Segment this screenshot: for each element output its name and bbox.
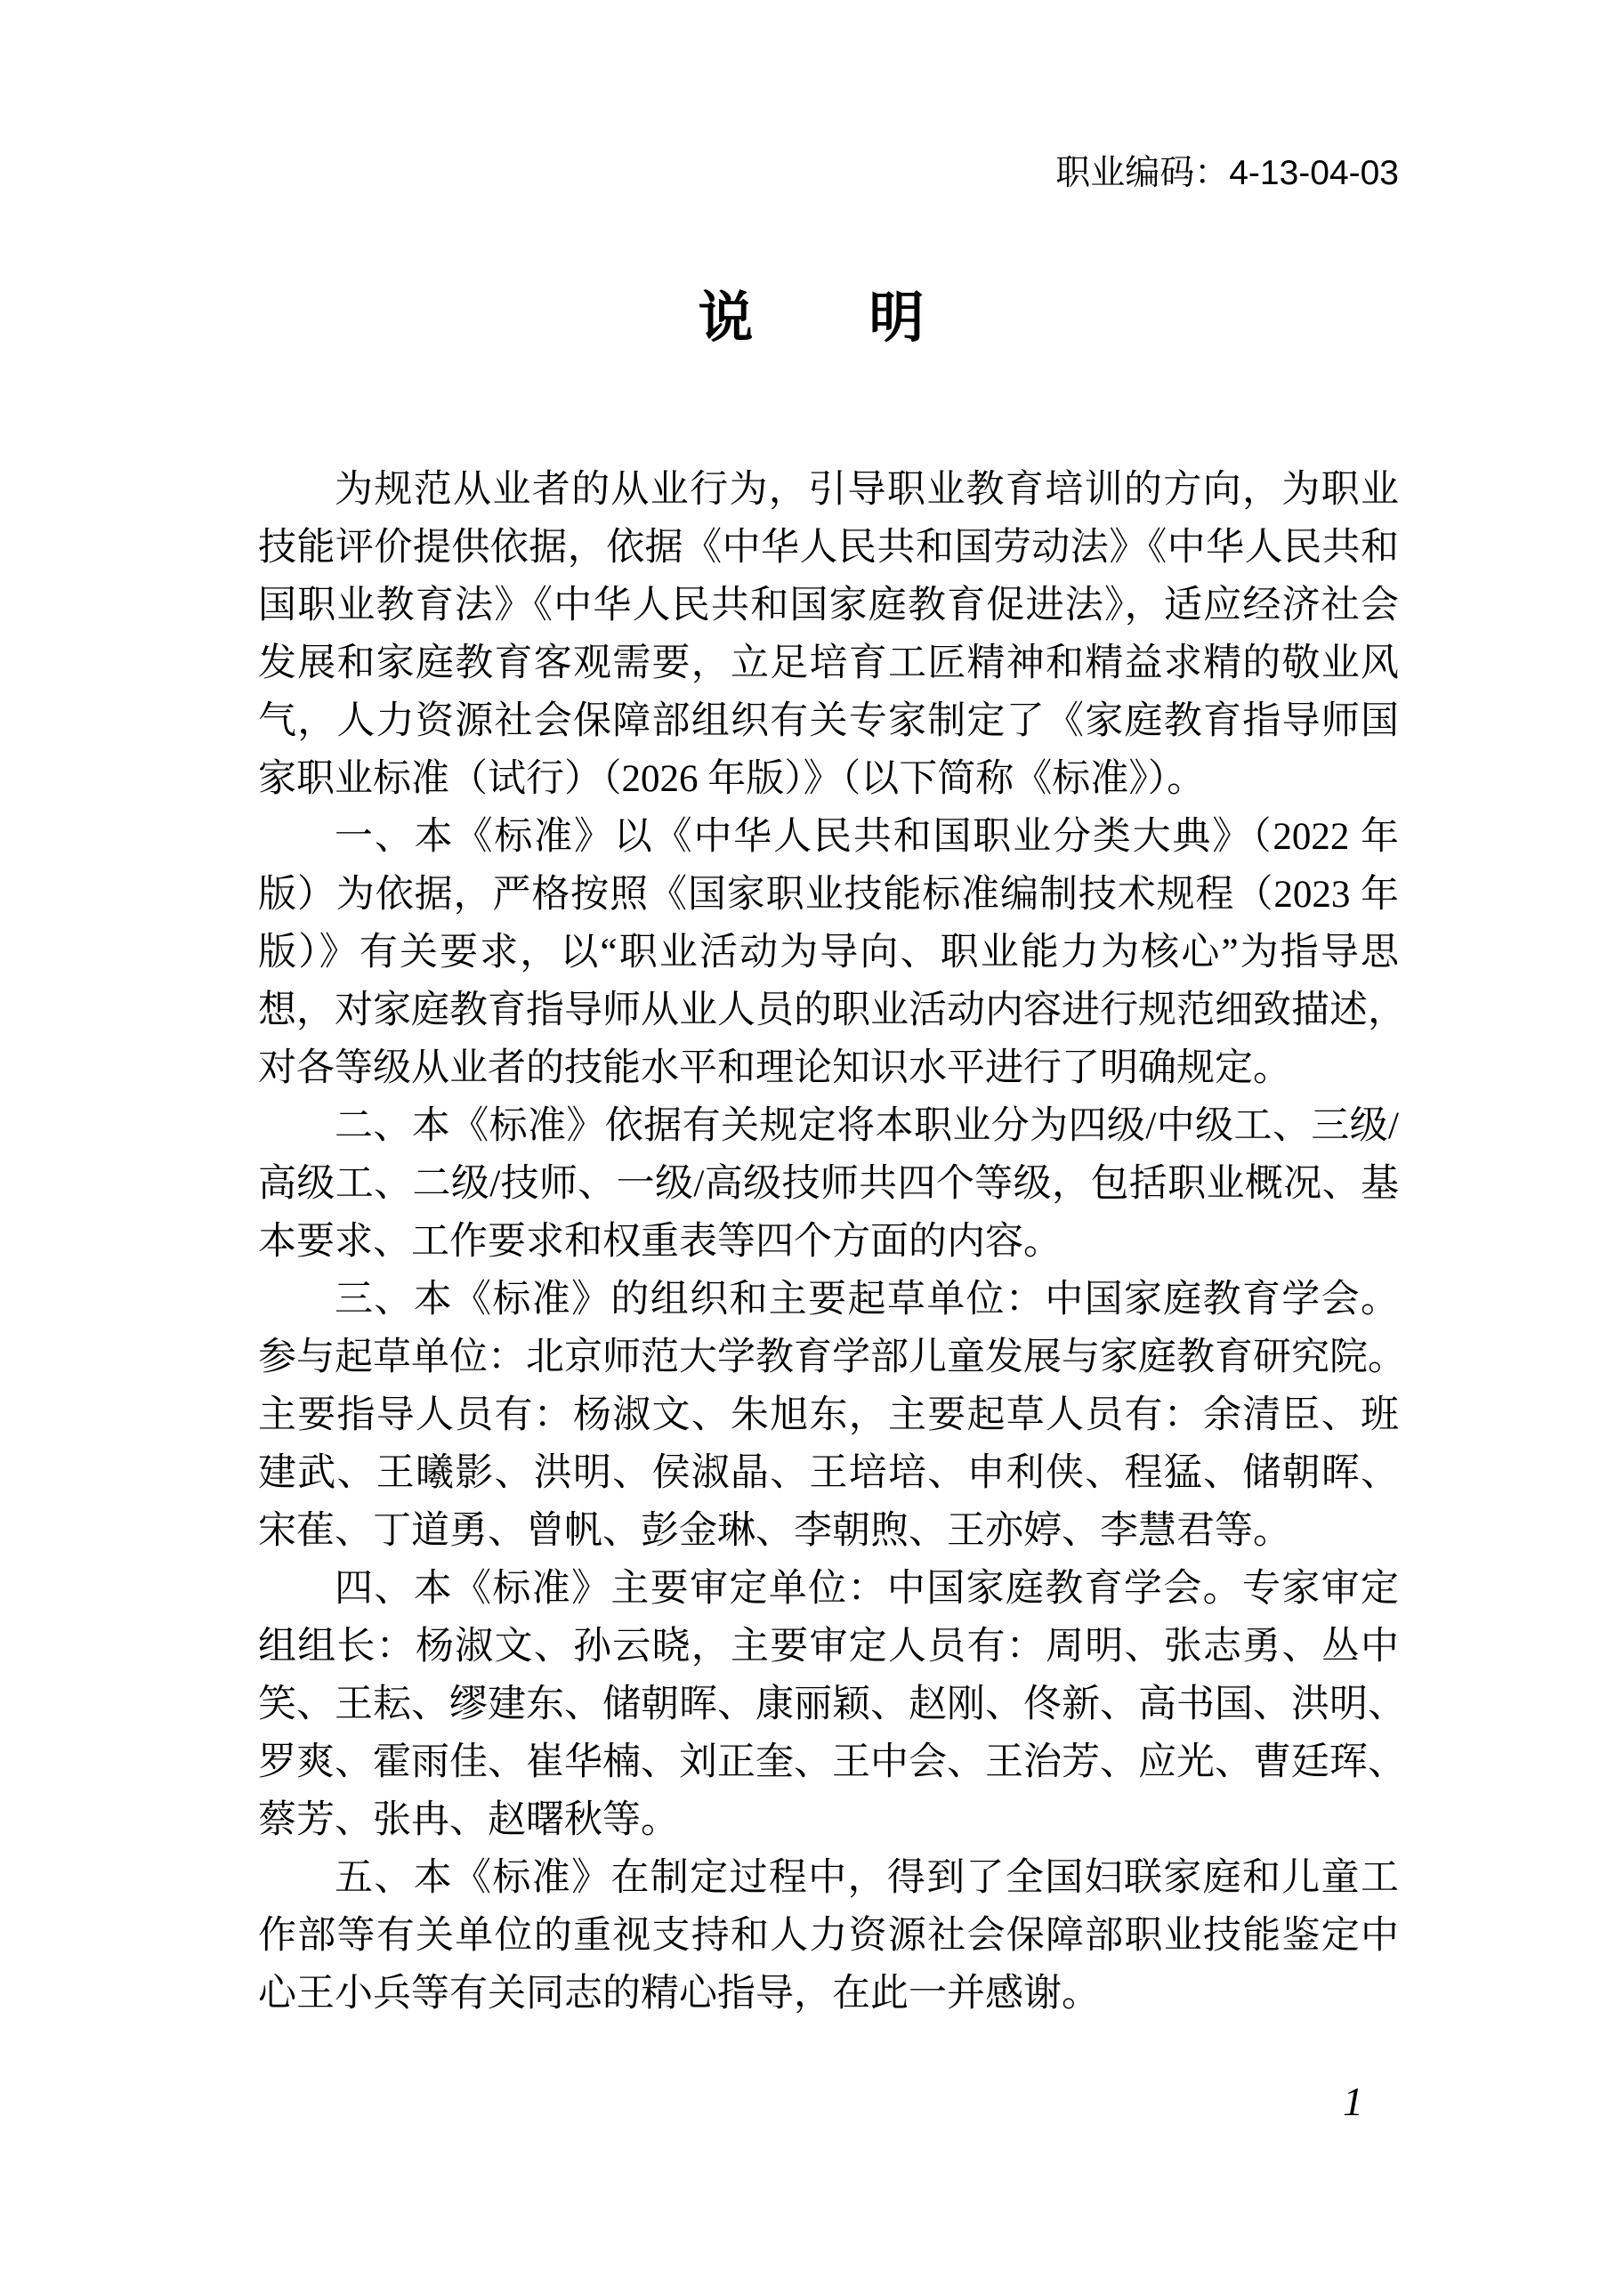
text-line: 本要求、工作要求和权重表等四个方面的内容。 — [258, 1213, 1399, 1271]
text-line: 笑、王耘、缪建东、储朝晖、康丽颖、赵刚、佟新、高书国、洪明、 — [258, 1676, 1399, 1733]
text-line: 作部等有关单位的重视支持和人力资源社会保障部职业技能鉴定中 — [258, 1907, 1399, 1965]
paragraph: 一、本《标准》以《中华人民共和国职业分类大典》（2022 年版）为依据，严格按照… — [258, 808, 1399, 1097]
text-line: 组组长：杨淑文、孙云晓，主要审定人员有：周明、张志勇、丛中 — [258, 1618, 1399, 1676]
text-line: 主要指导人员有：杨淑文、朱旭东，主要起草人员有：余清臣、班 — [258, 1386, 1399, 1444]
job-code-header: 职业编码：4-13-04-03 — [258, 153, 1399, 194]
text-line: 对各等级从业者的技能水平和理论知识水平进行了明确规定。 — [258, 1039, 1399, 1097]
text-line: 五、本《标准》在制定过程中，得到了全国妇联家庭和儿童工 — [258, 1849, 1399, 1907]
text-line: 心王小兵等有关同志的精心指导，在此一并感谢。 — [258, 1965, 1399, 2023]
text-line: 一、本《标准》以《中华人民共和国职业分类大典》（2022 年 — [258, 808, 1399, 866]
text-line: 二、本《标准》依据有关规定将本职业分为四级/中级工、三级/ — [258, 1097, 1399, 1155]
text-line: 发展和家庭教育客观需要，立足培育工匠精神和精益求精的敬业风 — [258, 634, 1399, 692]
paragraph: 二、本《标准》依据有关规定将本职业分为四级/中级工、三级/高级工、二级/技师、一… — [258, 1097, 1399, 1271]
paragraph: 四、本《标准》主要审定单位：中国家庭教育学会。专家审定组组长：杨淑文、孙云晓，主… — [258, 1560, 1399, 1849]
text-line: 国职业教育法》《中华人民共和国家庭教育促进法》，适应经济社会 — [258, 577, 1399, 634]
text-line: 蔡芳、张冉、赵曙秋等。 — [258, 1791, 1399, 1849]
text-line: 版）为依据，严格按照《国家职业技能标准编制技术规程（2023 年 — [258, 866, 1399, 924]
text-line: 参与起草单位：北京师范大学教育学部儿童发展与家庭教育研究院。 — [258, 1329, 1399, 1386]
text-line: 家职业标准（试行）（2026 年版）》（以下简称《标准》）。 — [258, 750, 1399, 808]
text-line: 为规范从业者的从业行为，引导职业教育培训的方向，为职业 — [258, 461, 1399, 519]
document-page: 职业编码：4-13-04-03 说 明 为规范从业者的从业行为，引导职业教育培训… — [0, 0, 1624, 2278]
text-line: 建武、王曦影、洪明、侯淑晶、王培培、申利侠、程猛、储朝晖、 — [258, 1444, 1399, 1502]
paragraph: 三、本《标准》的组织和主要起草单位：中国家庭教育学会。参与起草单位：北京师范大学… — [258, 1271, 1399, 1560]
text-line: 气，人力资源社会保障部组织有关专家制定了《家庭教育指导师国 — [258, 692, 1399, 750]
text-line: 罗爽、霍雨佳、崔华楠、刘正奎、王中会、王治芳、应光、曹廷珲、 — [258, 1733, 1399, 1791]
page-number: 1 — [1343, 2079, 1363, 2125]
text-line: 三、本《标准》的组织和主要起草单位：中国家庭教育学会。 — [258, 1271, 1399, 1329]
document-body: 为规范从业者的从业行为，引导职业教育培训的方向，为职业技能评价提供依据，依据《中… — [258, 461, 1399, 2023]
page-title: 说 明 — [0, 287, 1624, 351]
text-line: 技能评价提供依据，依据《中华人民共和国劳动法》《中华人民共和 — [258, 519, 1399, 577]
text-line: 高级工、二级/技师、一级/高级技师共四个等级，包括职业概况、基 — [258, 1155, 1399, 1213]
paragraph: 五、本《标准》在制定过程中，得到了全国妇联家庭和儿童工作部等有关单位的重视支持和… — [258, 1849, 1399, 2023]
text-line: 四、本《标准》主要审定单位：中国家庭教育学会。专家审定 — [258, 1560, 1399, 1618]
text-line: 版）》有关要求，以“职业活动为导向、职业能力为核心”为指导思 — [258, 924, 1399, 981]
paragraph: 为规范从业者的从业行为，引导职业教育培训的方向，为职业技能评价提供依据，依据《中… — [258, 461, 1399, 808]
text-line: 想，对家庭教育指导师从业人员的职业活动内容进行规范细致描述， — [258, 981, 1399, 1039]
text-line: 宋萑、丁道勇、曾帆、彭金琳、李朝煦、王亦婷、李慧君等。 — [258, 1502, 1399, 1560]
